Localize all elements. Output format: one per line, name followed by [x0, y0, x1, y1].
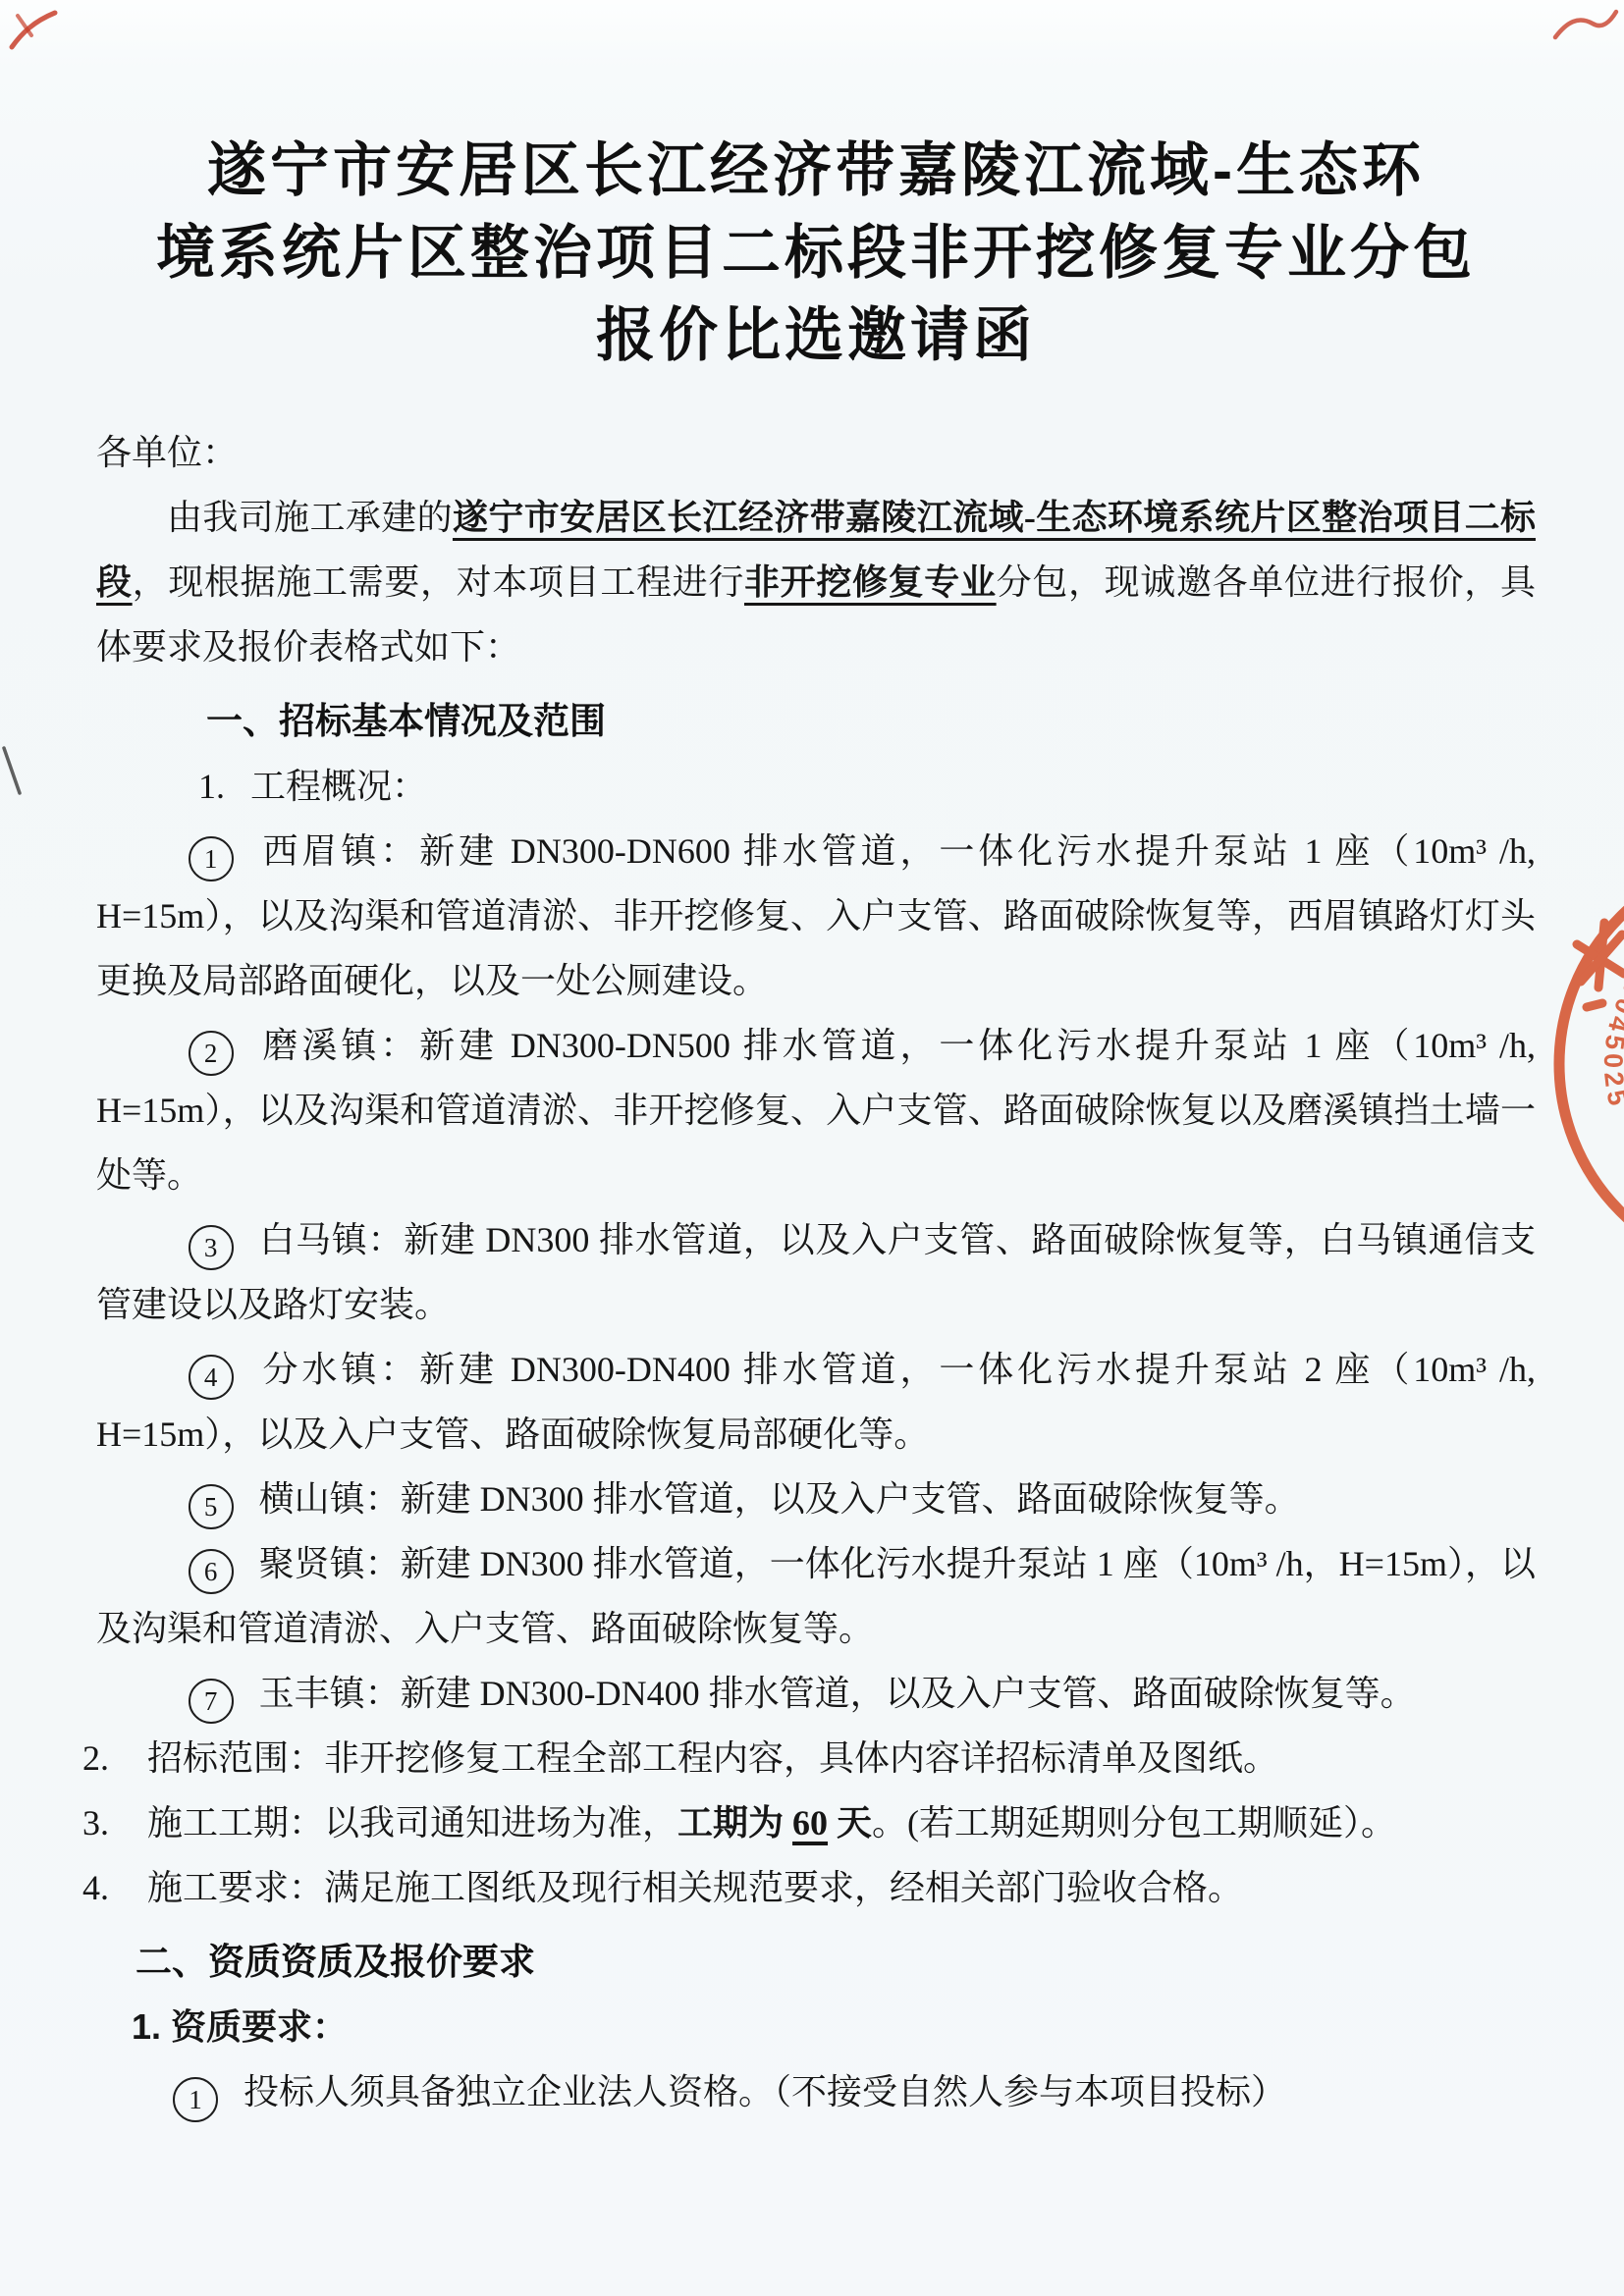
town-text: 分水镇：新建 DN300-DN400 排水管道，一体化污水提升泵站 2 座（10…: [96, 1350, 1536, 1454]
duration-days: 60: [792, 1803, 828, 1842]
requirement-text: 施工要求：满足施工图纸及现行相关规范要求，经相关部门验收合格。: [147, 1868, 1243, 1907]
item-number: 2.: [82, 1726, 118, 1790]
section-1-heading: 一、招标基本情况及范围: [206, 689, 1536, 754]
item-number: 3.: [82, 1790, 118, 1855]
salutation: 各单位：: [96, 420, 1536, 485]
circled-number-4: 4: [189, 1355, 234, 1400]
town-item-yufeng: 7玉丰镇：新建 DN300-DN400 排水管道，以及入户支管、路面破除恢复等。: [96, 1661, 1536, 1726]
town-text: 玉丰镇：新建 DN300-DN400 排水管道，以及入户支管、路面破除恢复等。: [259, 1674, 1416, 1713]
red-scribble-top-left-icon: [6, 4, 75, 63]
circled-number-3: 3: [189, 1225, 234, 1270]
town-item-moxi: 2磨溪镇：新建 DN300-DN500 排水管道，一体化污水提升泵站 1 座（1…: [96, 1013, 1536, 1207]
qualification-heading: 1. 资质要求：: [132, 1995, 1536, 2059]
circled-number-2: 2: [189, 1031, 234, 1076]
page-title: 遂宁市安居区长江经济带嘉陵江流域-生态环 境系统片区整治项目二标段非开挖修复专业…: [135, 130, 1496, 377]
town-text: 横山镇：新建 DN300 排水管道，以及入户支管、路面破除恢复等。: [259, 1479, 1300, 1519]
section-2-heading: 二、资质资质及报价要求: [135, 1930, 1536, 1995]
qualification-text: 投标人须具备独立企业法人资格。（不接受自然人参与本项目投标）: [244, 2072, 1286, 2111]
project-overview-heading: 1.工程概况：: [198, 754, 1536, 819]
subcontract-type: 非开挖修复专业: [744, 562, 997, 602]
item-number: 4.: [82, 1855, 118, 1920]
red-scribble-top-right-icon: [1549, 2, 1620, 57]
town-text: 白马镇：新建 DN300 排水管道，以及入户支管、路面破除恢复等，白马镇通信支管…: [96, 1220, 1536, 1324]
duration-bold: 工期为: [677, 1803, 792, 1842]
intro-mid: ，现根据施工需要，对本项目工程进行: [133, 562, 744, 602]
duration-unit: 天: [828, 1803, 872, 1842]
intro-paragraph: 由我司施工承建的遂宁市安居区长江经济带嘉陵江流域-生态环境系统片区整治项目二标段…: [96, 485, 1536, 679]
town-text: 磨溪镇：新建 DN300-DN500 排水管道，一体化污水提升泵站 1 座（10…: [96, 1026, 1536, 1195]
town-item-fenshui: 4分水镇：新建 DN300-DN400 排水管道，一体化污水提升泵站 2 座（1…: [96, 1337, 1536, 1467]
bidder-qualification-item: 1投标人须具备独立企业法人资格。（不接受自然人参与本项目投标）: [173, 2059, 1536, 2124]
town-text: 西眉镇：新建 DN300-DN600 排水管道，一体化污水提升泵站 1 座（10…: [96, 831, 1536, 1000]
overview-number: 1.: [198, 767, 225, 806]
title-line-3: 报价比选邀请函: [135, 294, 1496, 377]
circled-number-6: 6: [189, 1549, 234, 1594]
pen-mark-left-edge-icon: [0, 744, 26, 799]
town-item-baima: 3白马镇：新建 DN300 排水管道，以及入户支管、路面破除恢复等，白马镇通信支…: [96, 1207, 1536, 1337]
town-item-juxian: 6聚贤镇：新建 DN300 排水管道，一体化污水提升泵站 1 座（10m³ /h…: [96, 1531, 1536, 1661]
circled-number-1: 1: [189, 836, 234, 881]
construction-requirement-item: 4.施工要求：满足施工图纸及现行相关规范要求，经相关部门验收合格。: [82, 1855, 1536, 1920]
title-line-1: 遂宁市安居区长江经济带嘉陵江流域-生态环: [135, 130, 1496, 212]
document-page: 遂宁市安居区长江经济带嘉陵江流域-生态环 境系统片区整治项目二标段非开挖修复专业…: [0, 0, 1624, 2296]
title-line-2: 境系统片区整治项目二标段非开挖修复专业分包: [135, 212, 1496, 294]
town-text: 聚贤镇：新建 DN300 排水管道，一体化污水提升泵站 1 座（10m³ /h，…: [96, 1544, 1536, 1648]
circled-number-1: 1: [173, 2077, 218, 2122]
circled-number-7: 7: [189, 1679, 234, 1724]
town-item-ximei: 1西眉镇：新建 DN300-DN600 排水管道，一体化污水提升泵站 1 座（1…: [96, 819, 1536, 1013]
circled-number-5: 5: [189, 1484, 234, 1529]
bid-scope-item: 2.招标范围：非开挖修复工程全部工程内容，具体内容详招标清单及图纸。: [82, 1726, 1536, 1790]
construction-duration-item: 3.施工工期：以我司通知进场为准，工期为 60 天。(若工期延期则分包工期顺延）…: [82, 1790, 1536, 1855]
company-seal: 5109045025: [1508, 850, 1624, 1276]
town-item-hengshan: 5横山镇：新建 DN300 排水管道，以及入户支管、路面破除恢复等。: [96, 1467, 1536, 1531]
intro-pre: 由我司施工承建的: [167, 498, 453, 537]
duration-pre: 施工工期：以我司通知进场为准，: [147, 1803, 677, 1842]
duration-post: 。(若工期延期则分包工期顺延）。: [872, 1803, 1396, 1842]
overview-label: 工程概况：: [250, 767, 427, 806]
bid-scope-text: 招标范围：非开挖修复工程全部工程内容，具体内容详招标清单及图纸。: [147, 1738, 1278, 1778]
